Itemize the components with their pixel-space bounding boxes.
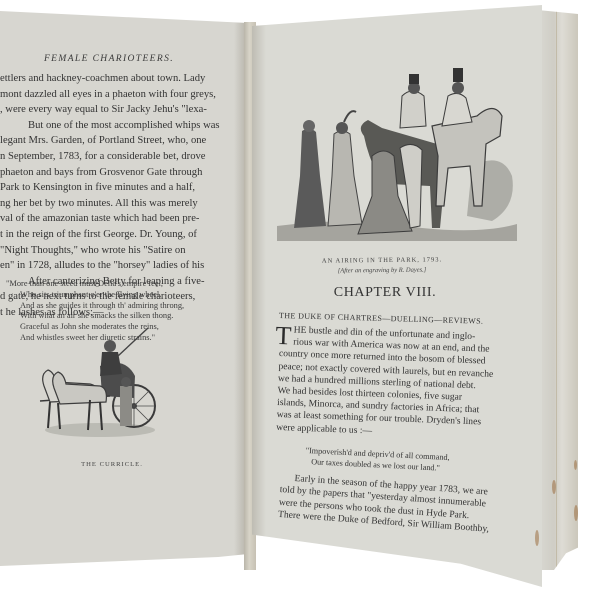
text-line: ng her bet by two minutes. All this was …	[0, 196, 232, 212]
curricle-illustration	[30, 326, 158, 446]
illustration-caption: AN AIRING IN THE PARK, 1793.	[312, 256, 452, 264]
text-line: legant Mrs. Garden, of Portland Street, …	[0, 133, 232, 149]
text-line: en" in 1728, alludes to the "horsey" lad…	[0, 258, 232, 274]
illustration-credit: [After an engraving by R. Dayes.]	[312, 266, 452, 274]
poem-line: With what an air she smacks the silken t…	[6, 311, 184, 322]
running-head: FEMALE CHARIOTEERS.	[34, 54, 184, 64]
text-line: phaeton and bays from Grosvenor Gate thr…	[0, 165, 232, 181]
drop-cap: T	[275, 325, 292, 348]
text-line: val of the amazonian taste which had bee…	[0, 211, 232, 227]
illustration-caption: THE CURRICLE.	[62, 461, 162, 468]
text-line: , were every way equal to Sir Jacky Jehu…	[0, 102, 232, 118]
poem-line: "More than one steed must Delia's empire…	[6, 279, 184, 290]
page-edge-stack	[538, 10, 578, 570]
poem-line: And as she guides it through th' admirin…	[6, 301, 184, 312]
foxing-stain	[574, 460, 577, 470]
park-airing-illustration	[272, 56, 522, 241]
left-page: FEMALE CHARIOTEERS. ettlers and hackney-…	[0, 11, 248, 566]
poem-line: Who sits triumphant o'er the flying whee…	[6, 290, 184, 301]
chapter-title: CHAPTER VIII.	[310, 285, 460, 301]
text-line: Park to Kensington in five minutes and a…	[0, 180, 232, 196]
text-line: But one of the most accomplished whips w…	[0, 118, 232, 134]
text-line: t in the reign of the first George. Dr. …	[0, 227, 232, 243]
foxing-stain	[535, 530, 539, 546]
foxing-stain	[552, 480, 556, 494]
open-book: FEMALE CHARIOTEERS. ettlers and hackney-…	[0, 0, 595, 595]
text-line: "Night Thoughts," who wrote his "Satire …	[0, 243, 232, 259]
right-page-text: T HE bustle and din of the unfortunate a…	[276, 324, 526, 443]
text-line: ettlers and hackney-coachmen about town.…	[0, 71, 232, 87]
foxing-stain	[574, 505, 578, 521]
text-line: n September, 1783, for a considerable be…	[0, 149, 232, 165]
text-line: mont dazzled all eyes in a phaeton with …	[0, 87, 232, 103]
